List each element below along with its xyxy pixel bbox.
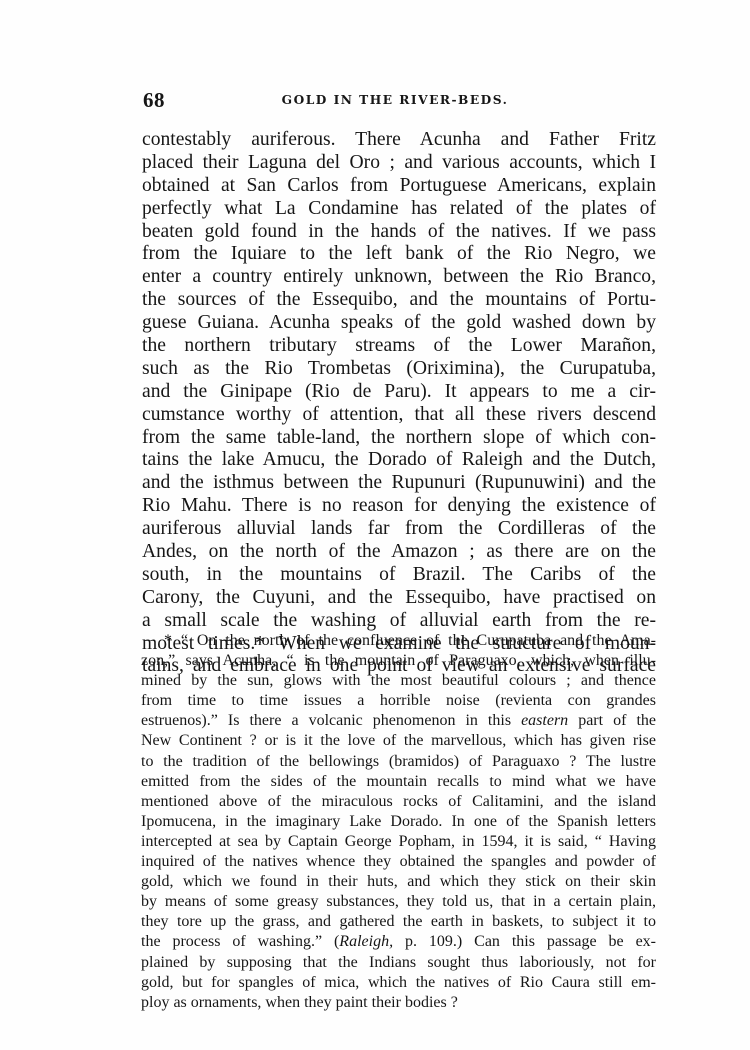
footnote-italic-text: Raleigh,: [339, 933, 393, 950]
footnote-line: * “ On the north of the confluence of th…: [164, 631, 656, 651]
body-line: tains the lake Amucu, the Dorado of Rale…: [142, 449, 656, 472]
footnote-text: part of the: [568, 712, 656, 729]
footnote-line: inquired of the natives whence they obta…: [141, 852, 656, 872]
footnote-text: p. 109.) Can this passage be ex-: [393, 933, 656, 950]
footnote-italic-text: eastern: [521, 712, 568, 729]
body-text: contestably auriferous. There Acunha and…: [142, 129, 656, 678]
footnote-line: Ipomucena, in the imaginary Lake Dorado.…: [141, 812, 656, 832]
footnote-text: the process of washing.” (: [141, 933, 339, 950]
body-line: Carony, the Cuyuni, and the Essequibo, h…: [142, 587, 656, 610]
body-line: guese Guiana. Acunha speaks of the gold …: [142, 312, 656, 335]
footnote-line: gold, which we found in their huts, and …: [141, 872, 656, 892]
footnote-line: mined by the sun, glows with the most be…: [141, 671, 656, 691]
footnote-line: plained by supposing that the Indians so…: [141, 953, 656, 973]
page-number: 68: [143, 88, 165, 112]
body-line: such as the Rio Trombetas (Oriximina), t…: [142, 358, 656, 381]
footnote-line: emitted from the sides of the mountain r…: [141, 772, 656, 792]
body-line: the northern tributary streams of the Lo…: [142, 335, 656, 358]
body-line: a small scale the washing of alluvial ea…: [142, 610, 656, 633]
footnote-line: the process of washing.” (Raleigh, p. 10…: [141, 932, 656, 952]
body-line: placed their Laguna del Oro ; and variou…: [142, 152, 656, 175]
body-line: and the Ginipape (Rio de Paru). It appea…: [142, 381, 656, 404]
footnote-text: estruenos).” Is there a volcanic phenome…: [141, 712, 521, 729]
footnote: * “ On the north of the confluence of th…: [164, 631, 656, 1013]
body-line: Rio Mahu. There is no reason for denying…: [142, 495, 656, 518]
running-title: GOLD IN THE RIVER-BEDS.: [275, 91, 515, 109]
footnote-line: New Continent ? or is it the love of the…: [141, 731, 656, 751]
body-line: perfectly what La Condamine has related …: [142, 198, 656, 221]
footnote-line: gold, but for spangles of mica, which th…: [141, 973, 656, 993]
footnote-line: intercepted at sea by Captain George Pop…: [141, 832, 656, 852]
body-line: from the same table-land, the northern s…: [142, 427, 656, 450]
body-line: Andes, on the north of the Amazon ; as t…: [142, 541, 656, 564]
footnote-line: from time to time issues a horrible nois…: [141, 691, 656, 711]
footnote-line: ploy as ornaments, when they paint their…: [141, 993, 656, 1013]
footnote-line: by means of some greasy substances, they…: [141, 892, 656, 912]
footnote-line: to the tradition of the bellowings (bram…: [141, 752, 656, 772]
body-line: and the isthmus between the Rupunuri (Ru…: [142, 472, 656, 495]
body-line: from the Iquiare to the left bank of the…: [142, 243, 656, 266]
body-line: obtained at San Carlos from Portuguese A…: [142, 175, 656, 198]
body-line: auriferous alluvial lands far from the C…: [142, 518, 656, 541]
footnote-line: zon,” says Acunha, “ is the mountain of …: [141, 651, 656, 671]
body-line: contestably auriferous. There Acunha and…: [142, 129, 656, 152]
body-line: enter a country entirely unknown, betwee…: [142, 266, 656, 289]
body-line: south, in the mountains of Brazil. The C…: [142, 564, 656, 587]
running-head: 68 GOLD IN THE RIVER-BEDS.: [142, 88, 656, 112]
footnote-line: they tore up the grass, and gathered the…: [141, 912, 656, 932]
body-line: cumstance worthy of attention, that all …: [142, 404, 656, 427]
footnote-line: mentioned above of the miraculous rocks …: [141, 792, 656, 812]
book-page: 68 GOLD IN THE RIVER-BEDS. contestably a…: [0, 0, 750, 1050]
body-line: beaten gold found in the hands of the na…: [142, 221, 656, 244]
body-line: the sources of the Essequibo, and the mo…: [142, 289, 656, 312]
footnote-line: estruenos).” Is there a volcanic phenome…: [141, 711, 656, 731]
